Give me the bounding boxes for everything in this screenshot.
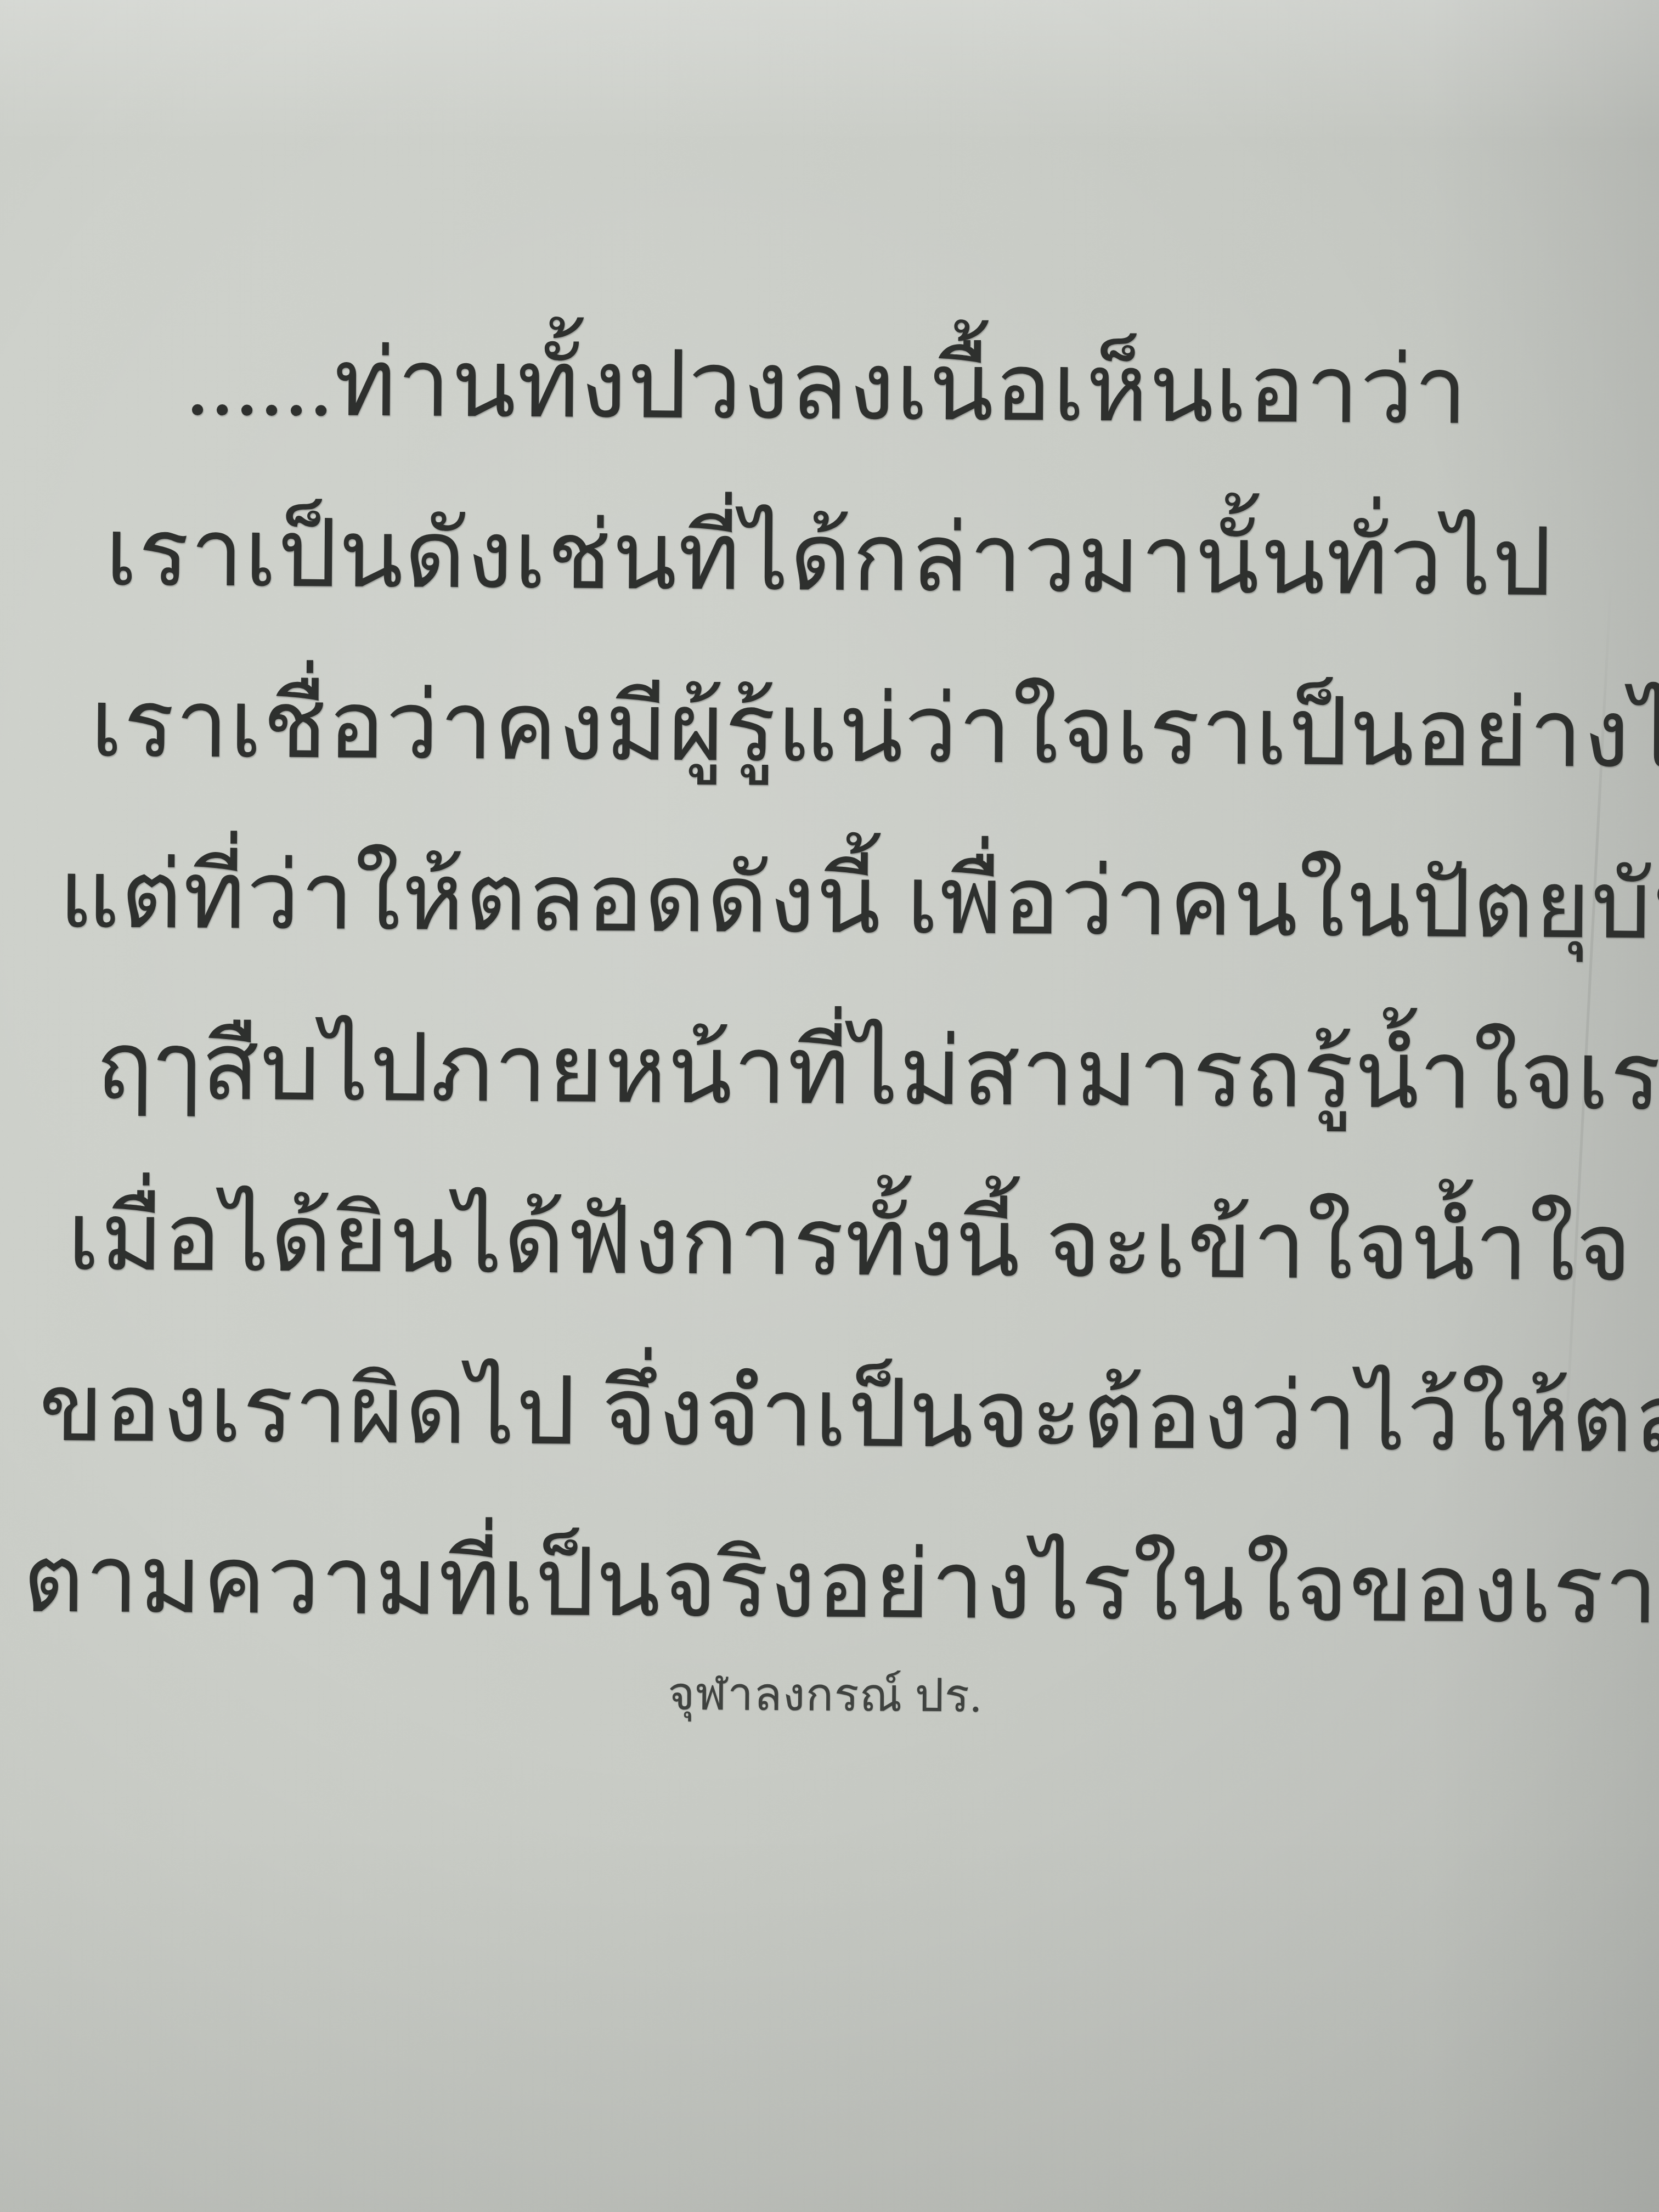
photographed-book-page: ......ท่านทั้งปวงลงเนื้อเห็นเอาว่า เราเป… bbox=[0, 0, 1659, 2212]
quote-line: เมื่อได้ยินได้ฟังการทั้งนี้ จะเข้าใจน้ำใ… bbox=[67, 1152, 1653, 1334]
quote-line: ฤๅสืบไปภายหน้าที่ไม่สามารถรู้น้ำใจเรา bbox=[95, 981, 1654, 1163]
quote-line: ตามความที่เป็นจริงอย่างไรในใจของเรา.....… bbox=[22, 1494, 1651, 1677]
page-top-highlight bbox=[0, 0, 1659, 143]
quote-line: เราเชื่อว่าคงมีผู้รู้แน่ว่าใจเราเป็นอย่า… bbox=[89, 639, 1656, 821]
quote-line: ของเราผิดไป จึ่งจำเป็นจะต้องว่าไว้ให้ตลอ… bbox=[38, 1323, 1652, 1506]
quote-line: เราเป็นดังเช่นที่ได้กล่าวมานั้นทั่วไป bbox=[105, 468, 1658, 650]
quote-line: แต่ที่ว่าให้ตลอดดังนี้ เพื่อว่าคนในปัตยุ… bbox=[58, 810, 1655, 992]
page-bottom-shadow bbox=[0, 1828, 1659, 2212]
quote-paragraph: ......ท่านทั้งปวงลงเนื้อเห็นเอาว่า เราเป… bbox=[0, 296, 1659, 1742]
quote-line: ......ท่านทั้งปวงลงเนื้อเห็นเอาว่า bbox=[185, 297, 1659, 479]
